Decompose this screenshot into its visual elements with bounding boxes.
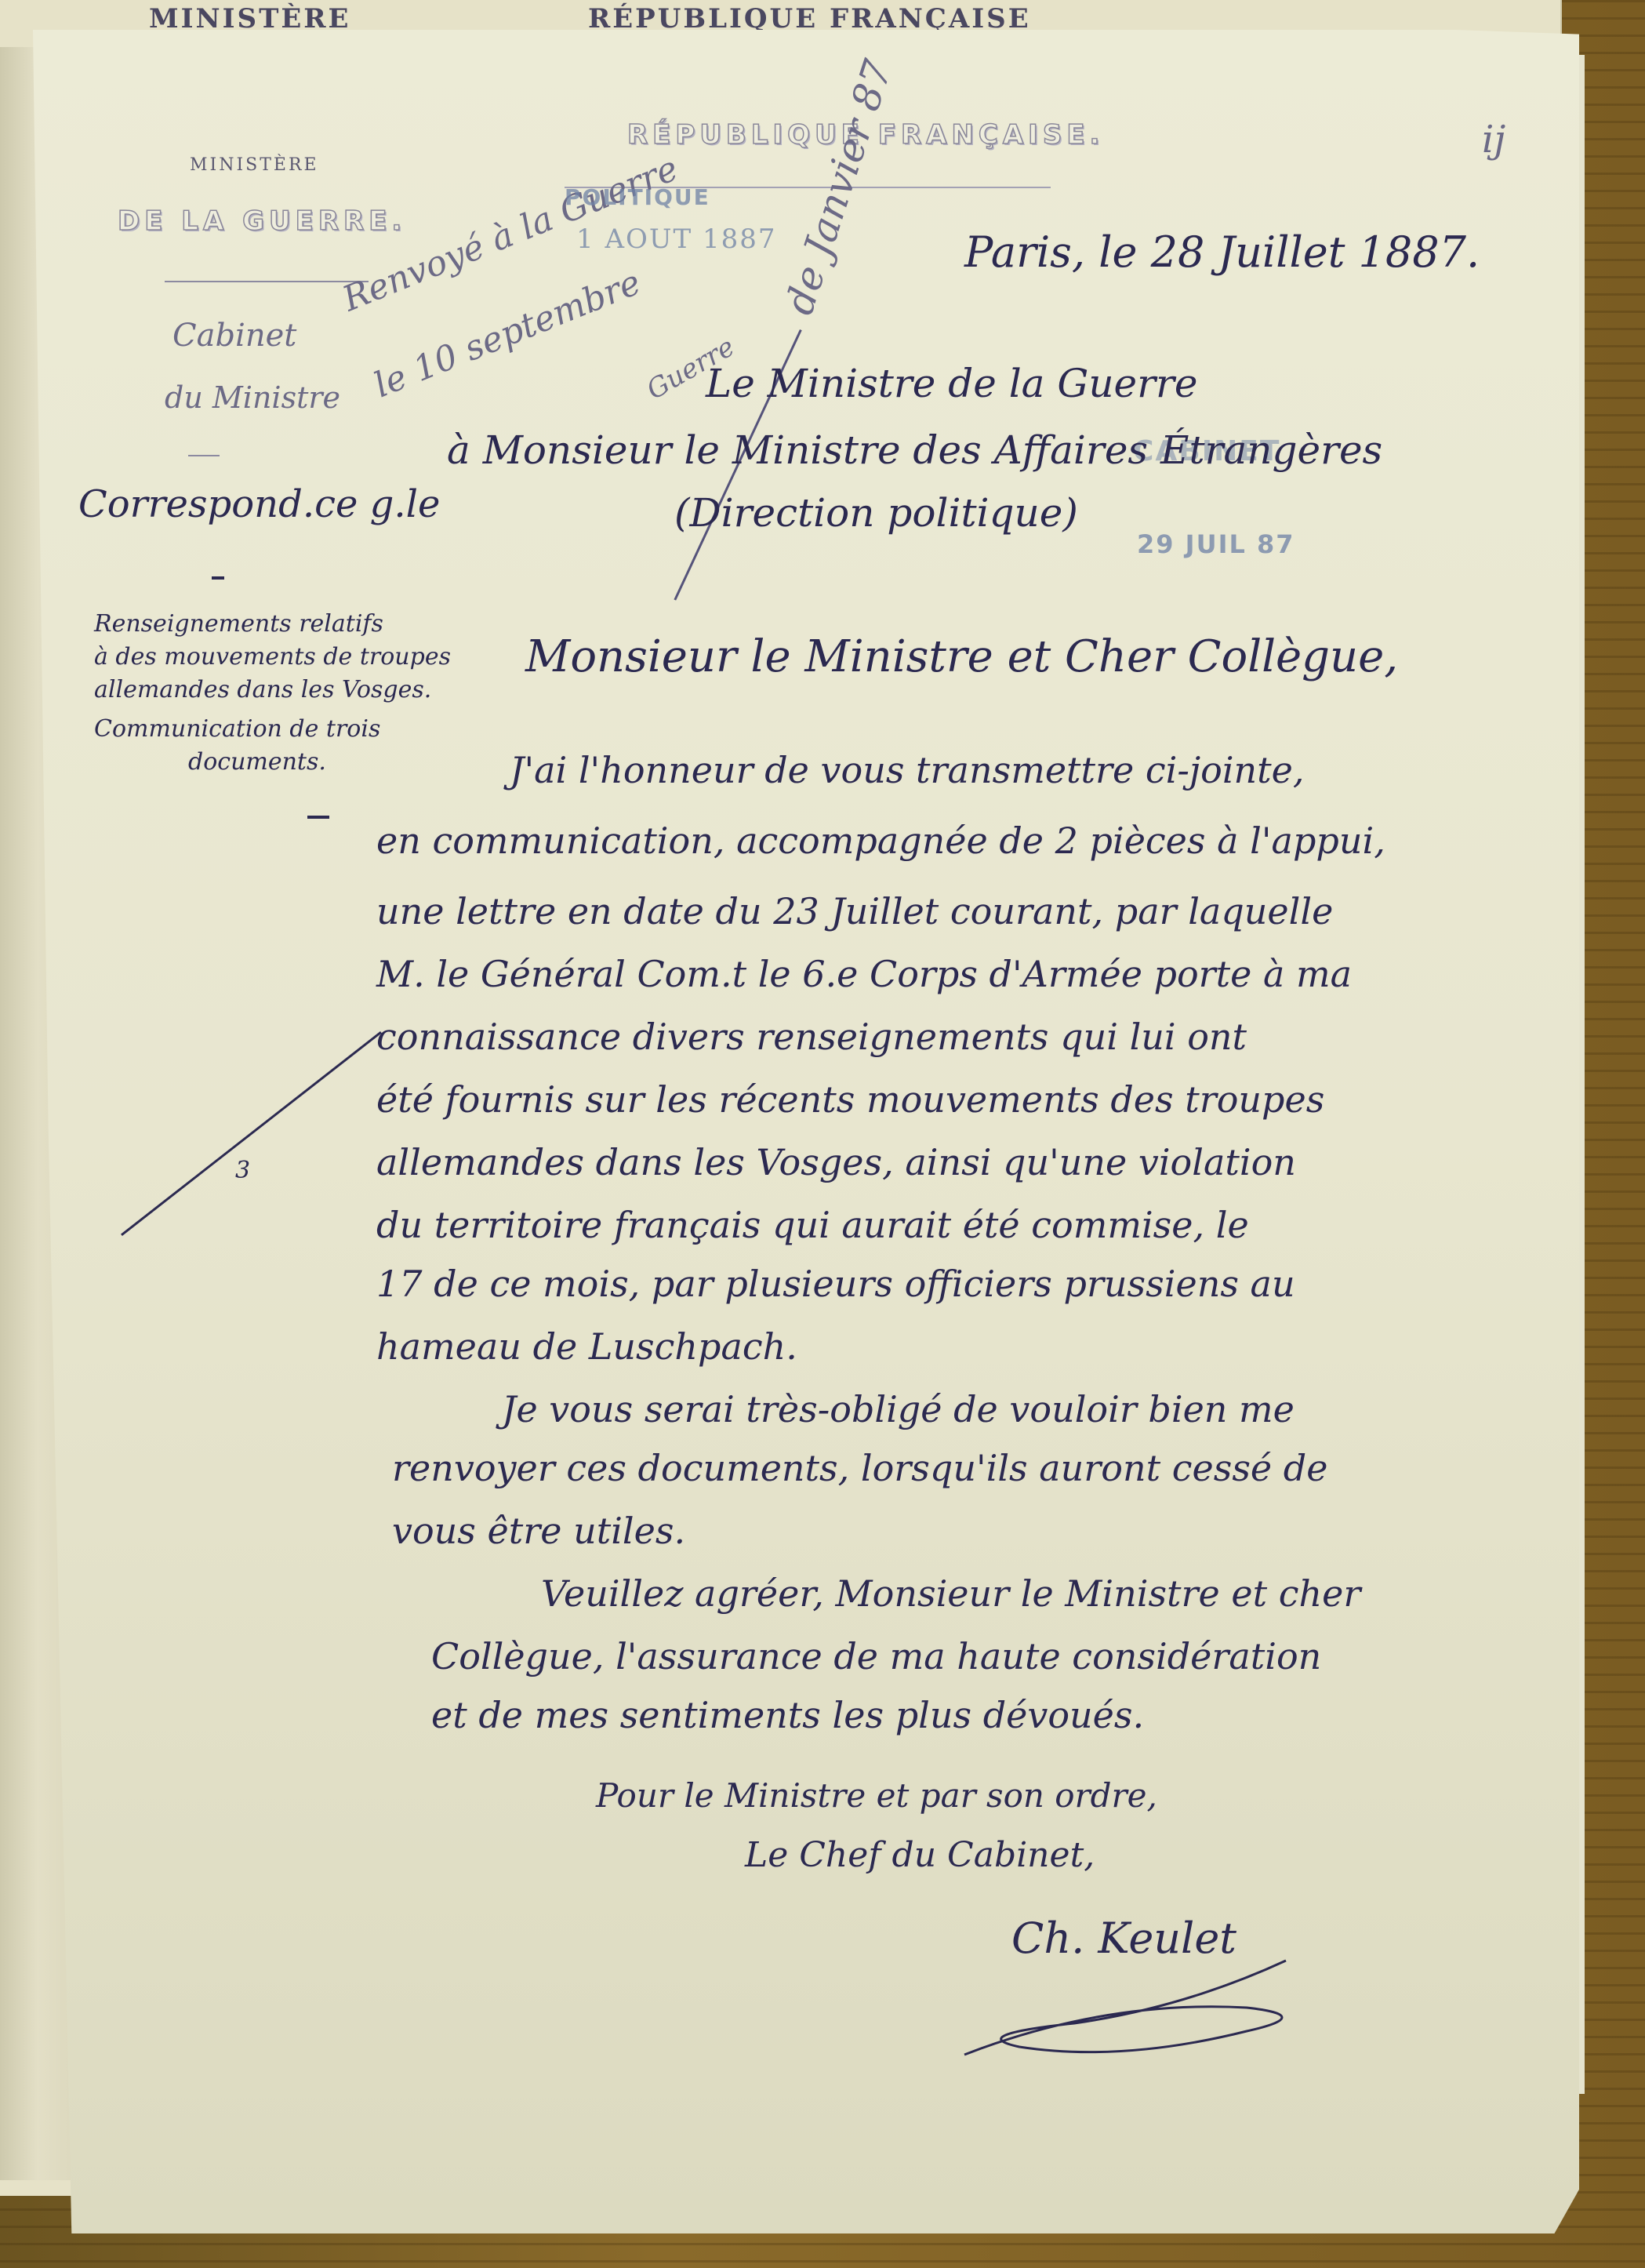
service-dash (212, 576, 224, 580)
body-line: renvoyer ces documents, lorsqu'ils auron… (392, 1447, 1327, 1489)
body-line: J'ai l'honneur de vous transmettre ci-jo… (510, 749, 1304, 791)
body-line: allemandes dans les Vosges, ainsi qu'une… (376, 1141, 1296, 1183)
body-line: M. le Général Com.t le 6.e Corps d'Armée… (376, 953, 1352, 995)
subject-line-5: documents. (94, 746, 451, 779)
cabinet-stamp-date: 29 JUIL 87 (1137, 529, 1295, 559)
body-line: été fournis sur les récents mouvements d… (376, 1078, 1324, 1121)
body-line: 17 de ce mois, par plusieurs officiers p… (376, 1263, 1295, 1305)
body-line: connaissance divers renseignements qui l… (376, 1016, 1247, 1058)
ministry-name: DE LA GUERRE. (118, 205, 406, 237)
department-dash (188, 455, 220, 456)
subject-gap (94, 707, 451, 713)
subject-line-3: allemandes dans les Vosges. (94, 674, 451, 707)
department-cabinet: Cabinet (172, 318, 296, 354)
ministry-heading: MINISTÈRE (190, 155, 319, 175)
address-to: à Monsieur le Ministre des Affaires Étra… (447, 427, 1382, 473)
dateline: Paris, le 28 Juillet 1887. (964, 227, 1480, 277)
body-line: une lettre en date du 23 Juillet courant… (376, 890, 1333, 932)
body-line: vous être utiles. (392, 1510, 685, 1552)
salutation: Monsieur le Ministre et Cher Collègue, (525, 631, 1398, 682)
right-margin-mark: ij (1482, 118, 1505, 162)
service-correspondance: Correspond.ce g.le (78, 482, 440, 526)
subject-line-2: à des mouvements de troupes (94, 641, 451, 674)
received-stamp-label: POLITIQUE (565, 184, 710, 210)
signature-flourish (949, 1945, 1341, 2070)
closing-line: Veuillez agréer, Monsieur le Ministre et… (541, 1572, 1360, 1615)
subject-line-4: Communication de trois (94, 713, 451, 746)
body-line: en communication, accompagnée de 2 pièce… (376, 820, 1385, 862)
body-line: du territoire français qui aurait été co… (376, 1204, 1249, 1246)
signature-authority-line2: Le Chef du Cabinet, (745, 1835, 1095, 1875)
closing-line: et de mes sentiments les plus dévoués. (431, 1694, 1144, 1736)
body-line: Je vous serai très-obligé de vouloir bie… (502, 1388, 1295, 1430)
closing-line: Collègue, l'assurance de ma haute consid… (431, 1635, 1321, 1677)
address-division: (Direction politique) (674, 490, 1078, 536)
subject-note: Renseignements relatifs à des mouvements… (94, 608, 451, 779)
subject-dash (307, 816, 329, 819)
department-ministre: du Ministre (165, 380, 340, 415)
received-stamp-date: 1 AOUT 1887 (576, 224, 777, 255)
body-line: hameau de Luschpach. (376, 1325, 797, 1368)
subject-line-1: Renseignements relatifs (94, 608, 451, 641)
address-from: Le Ministre de la Guerre (706, 361, 1198, 406)
signature-authority-line1: Pour le Ministre et par son ordre, (596, 1776, 1157, 1815)
diagonal-number: 3 (235, 1157, 250, 1184)
